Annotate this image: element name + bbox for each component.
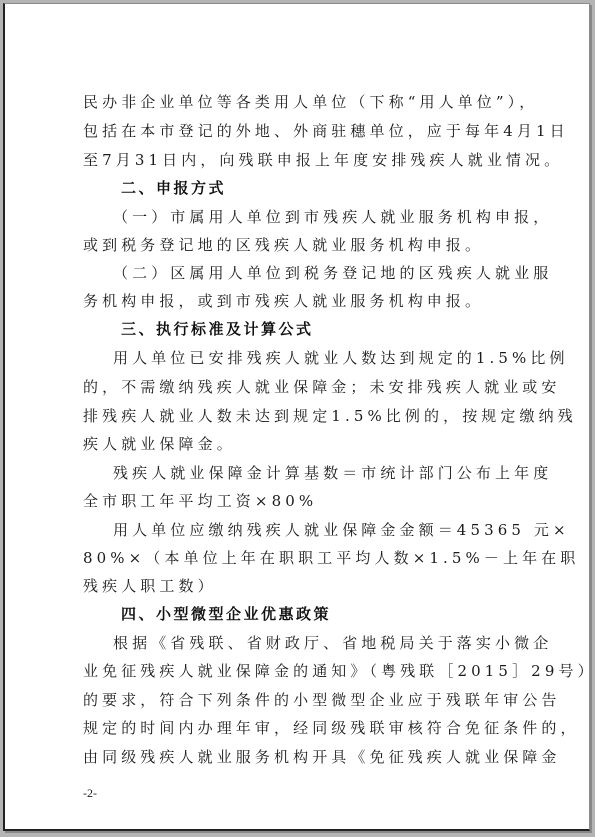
body-text-line: 务机构申报，或到市残疾人就业服务机构申报。 <box>83 291 523 311</box>
body-text-line: （二）区属用人单位到税务登记地的区残疾人就业服 <box>113 263 523 283</box>
body-text-line: 包括在本市登记的外地、外商驻穗单位，应于每年4月1日 <box>83 121 523 141</box>
body-text-line: 规定的时间内办理年审，经同级残联审核符合免征条件的， <box>83 718 523 738</box>
page-number: -2- <box>83 786 97 801</box>
body-text-line: 用人单位已安排残疾人就业人数达到规定的1.5%比例 <box>113 348 523 368</box>
body-text-line: 80%×（本单位上年在职职工平均人数×1.5%－上年在职 <box>83 548 523 568</box>
body-text-line: 由同级残疾人就业服务机构开具《免征残疾人就业保障金 <box>83 747 523 767</box>
section-heading-2: 二、申报方式 <box>121 178 561 198</box>
body-text-line: 的要求，符合下列条件的小型微型企业应于残联年审公告 <box>83 690 523 710</box>
body-text-line: 业免征残疾人就业保障金的通知》（粤残联［2015］29号） <box>83 661 523 681</box>
body-text-line: 疾人就业保障金。 <box>83 434 523 454</box>
body-text-line: 排残疾人就业人数未达到规定1.5%比例的，按规定缴纳残 <box>83 406 523 426</box>
section-heading-3: 三、执行标准及计算公式 <box>121 319 561 339</box>
body-text-line: 至7月31日内，向残联申报上年度安排残疾人就业情况。 <box>83 150 523 170</box>
body-text-line: 的，不需缴纳残疾人就业保障金；未安排残疾人就业或安 <box>83 377 523 397</box>
body-text-line: 民办非企业单位等各类用人单位（下称“用人单位”）， <box>83 92 523 112</box>
body-text-line: 或到税务登记地的区残疾人就业服务机构申报。 <box>83 235 523 255</box>
body-text-line: （一）市属用人单位到市残疾人就业服务机构申报， <box>113 207 523 227</box>
body-text-line: 残疾人就业保障金计算基数＝市统计部门公布上年度 <box>113 463 523 483</box>
body-text-line: 残疾人职工数） <box>83 576 523 596</box>
body-text-line: 全市职工年平均工资×80% <box>83 491 523 511</box>
body-text-line: 根据《省残联、省财政厅、省地税局关于落实小微企 <box>113 633 523 653</box>
section-heading-4: 四、小型微型企业优惠政策 <box>121 604 561 624</box>
document-page: 民办非企业单位等各类用人单位（下称“用人单位”）， 包括在本市登记的外地、外商驻… <box>3 3 590 831</box>
body-text-line: 用人单位应缴纳残疾人就业保障金金额＝45365 元× <box>113 520 523 540</box>
